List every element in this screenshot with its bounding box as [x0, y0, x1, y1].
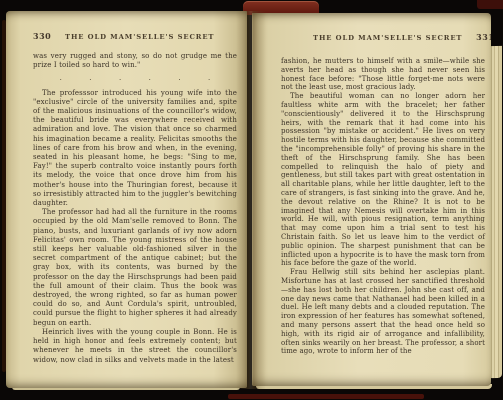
page-fore-edges — [490, 46, 502, 378]
paragraph: fashion, he mutters to himself with a sm… — [281, 57, 485, 92]
book-cover-corner — [477, 0, 503, 9]
paragraph: The professsor introduced his young wife… — [33, 89, 237, 209]
page-right: THE OLD MAM'SELLE'S SECRET 331 fashion, … — [252, 13, 491, 386]
paragraph: Heinrich lives with the young couple in … — [33, 328, 237, 365]
page-number-left: 330 — [33, 31, 65, 41]
section-separator: . . . . . . — [33, 74, 237, 83]
page-left-text: was very rugged and stony, so do not gru… — [33, 52, 237, 365]
page-left-header: 330 THE OLD MAM'SELLE'S SECRET — [33, 31, 237, 41]
open-book-photo: 330 THE OLD MAM'SELLE'S SECRET was very … — [0, 0, 503, 400]
paragraph: was very rugged and stony, so do not gru… — [33, 52, 237, 70]
page-right-header: THE OLD MAM'SELLE'S SECRET 331 — [281, 32, 485, 42]
page-left: 330 THE OLD MAM'SELLE'S SECRET was very … — [6, 11, 247, 388]
paragraph: The beautiful woman can no longer adorn … — [281, 92, 485, 268]
paragraph: The professor had had all the furniture … — [33, 208, 237, 328]
running-title-right: THE OLD MAM'SELLE'S SECRET — [313, 34, 462, 42]
running-title-left: THE OLD MAM'SELLE'S SECRET — [65, 33, 214, 41]
page-number-right: 331 — [462, 32, 491, 42]
paragraph: Frau Hellwig still sits behind her ascle… — [281, 268, 485, 356]
page-right-text: fashion, he mutters to himself with a sm… — [281, 57, 485, 356]
book-cover-bottom-edge — [228, 394, 424, 399]
